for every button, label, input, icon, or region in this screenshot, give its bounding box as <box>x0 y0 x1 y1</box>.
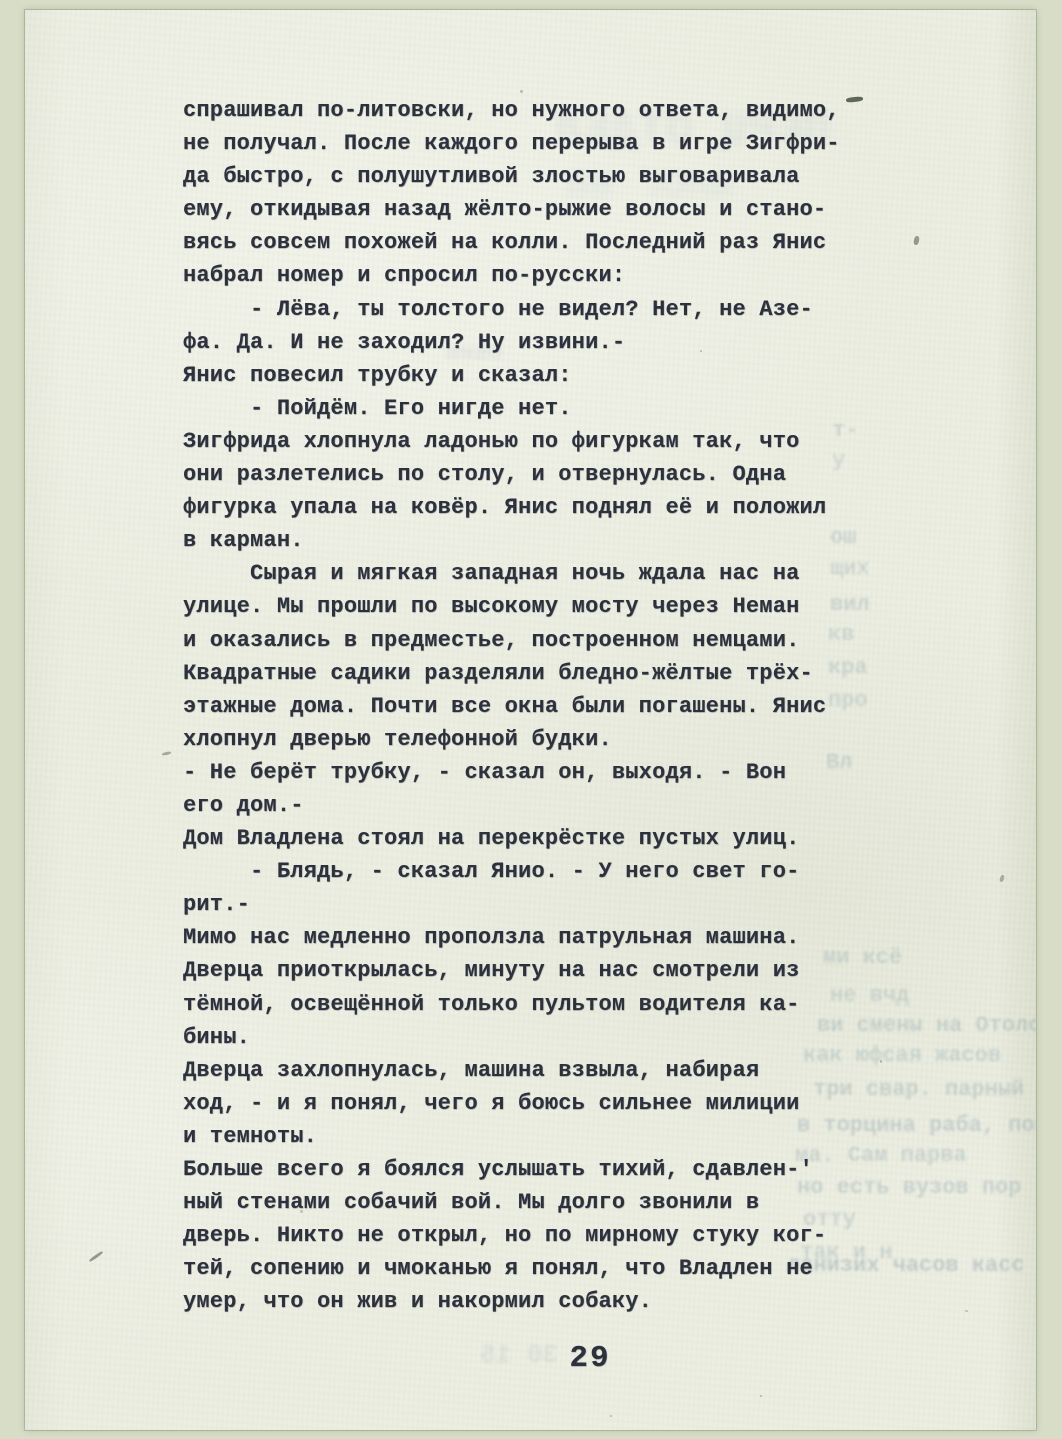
text-line: ный стенами собачий вой. Мы долго звонил… <box>183 1186 883 1219</box>
text-line: бины. <box>183 1021 883 1054</box>
paper-speck <box>162 751 171 756</box>
text-line: и темноты. <box>183 1120 883 1153</box>
text-line: ход, - и я понял, чего я боюсь сильнее м… <box>183 1087 883 1120</box>
text-line: улице. Мы прошли по высокому мосту через… <box>183 590 883 623</box>
text-line: - Блядь, - сказал Янио. - У него свет го… <box>183 855 883 888</box>
text-line: тёмной, освещённой только пультом водите… <box>183 988 883 1021</box>
text-line: Янис повесил трубку и сказал: <box>183 359 883 392</box>
text-line: Больше всего я боялся услышать тихий, сд… <box>183 1153 883 1186</box>
paper-speck <box>760 1395 762 1397</box>
bleedthrough-fragment: 30 15 <box>480 1340 558 1370</box>
text-line: Дверца захлопнулась, машина взвыла, наби… <box>183 1054 883 1087</box>
text-line: Мимо нас медленно проползла патрульная м… <box>183 921 883 954</box>
page-number: 29 <box>569 1341 610 1376</box>
paper-speck <box>610 1415 612 1417</box>
text-line: дверь. Никто не открыл, но по мирному ст… <box>183 1219 883 1252</box>
text-line: они разлетелись по столу, и отвернулась.… <box>183 458 883 491</box>
paper-speck <box>520 90 523 93</box>
typewritten-text-block: спрашивал по-литовски, но нужного ответа… <box>183 94 883 1318</box>
text-line: Зигфрида хлопнула ладонью по фигуркам та… <box>183 425 883 458</box>
text-line: спрашивал по-литовски, но нужного ответа… <box>183 94 883 127</box>
text-line: набрал номер и спросил по-русски: <box>183 259 883 292</box>
text-line: - Не берёт трубку, - сказал он, выходя. … <box>183 756 883 789</box>
text-line: вясь совсем похожей на колли. Последний … <box>183 226 883 259</box>
text-line: ему, откидывая назад жёлто-рыжие волосы … <box>183 193 883 226</box>
text-line: умер, что он жив и накормил собаку. <box>183 1285 883 1318</box>
text-line: Дом Владлена стоял на перекрёстке пустых… <box>183 822 883 855</box>
paper-speck <box>913 236 920 246</box>
scan-background: ПЕРЦ ОТДЕЛШЛОГ ВВовивт-уошщихвилквкрапро… <box>0 0 1062 1439</box>
text-line: Квадратные садики разделяли бледно-жёлты… <box>183 657 883 690</box>
text-line: - Лёва, ты толстого не видел? Нет, не Аз… <box>183 293 883 326</box>
text-line: рит.- <box>183 888 883 921</box>
typewritten-page: ПЕРЦ ОТДЕЛШЛОГ ВВовивт-уошщихвилквкрапро… <box>25 10 1036 1430</box>
text-line: Сырая и мягкая западная ночь ждала нас н… <box>183 557 883 590</box>
text-line: тей, сопению и чмоканью я понял, что Вла… <box>183 1252 883 1285</box>
text-line: и оказались в предместье, построенном не… <box>183 624 883 657</box>
text-line: его дом.- <box>183 789 883 822</box>
text-line: не получал. После каждого перерыва в игр… <box>183 127 883 160</box>
paper-speck <box>965 1310 968 1312</box>
text-line: этажные дома. Почти все окна были погаше… <box>183 690 883 723</box>
text-line: хлопнул дверью телефонной будки. <box>183 723 883 756</box>
paper-speck <box>999 875 1005 883</box>
text-line: да быстро, с полушутливой злостью выгова… <box>183 160 883 193</box>
paper-speck <box>89 1251 104 1263</box>
text-line: Дверца приоткрылась, минуту на нас смотр… <box>183 954 883 987</box>
text-line: фигурка упала на ковёр. Янис поднял её и… <box>183 491 883 524</box>
text-line: - Пойдём. Его нигде нет. <box>183 392 883 425</box>
text-line: в карман. <box>183 524 883 557</box>
text-line: фа. Да. И не заходил? Ну извини.- <box>183 326 883 359</box>
